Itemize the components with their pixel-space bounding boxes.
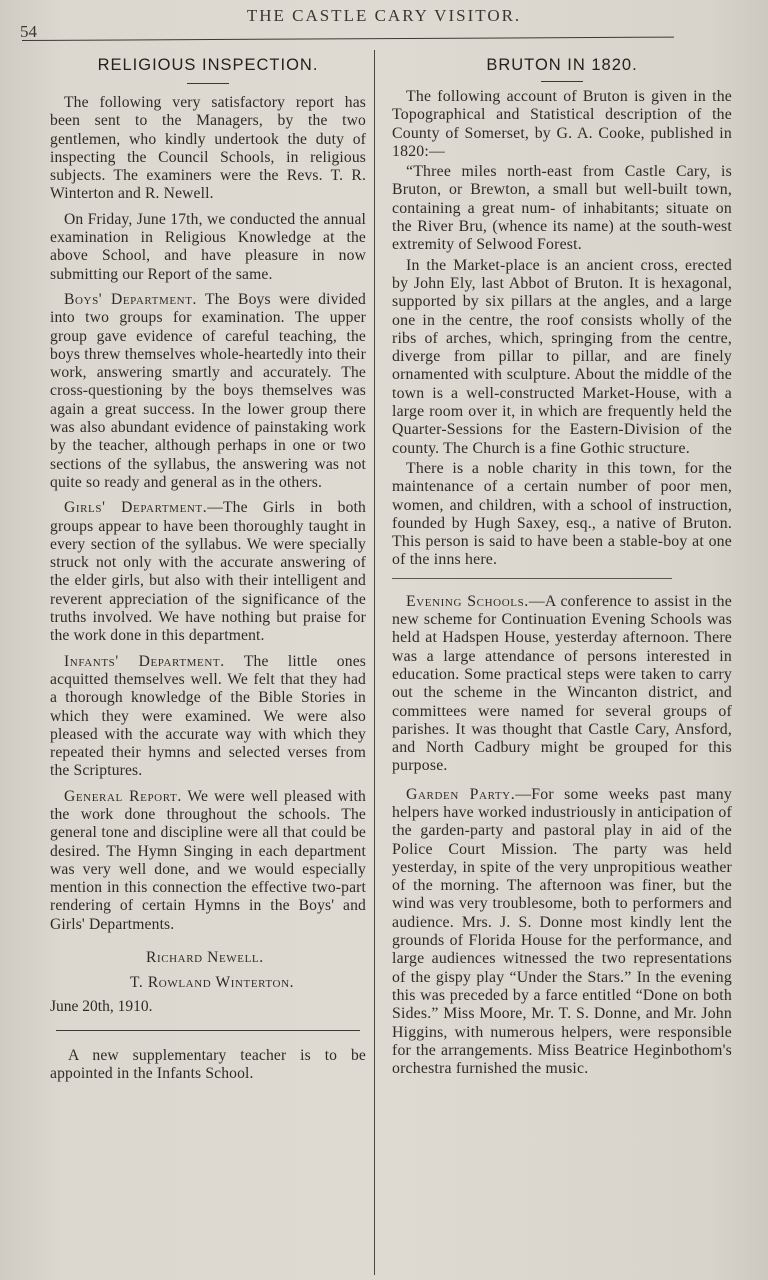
paragraph-report-intro: On Friday, June 17th, we conducted the a… — [50, 211, 366, 284]
section-text-evening: —A conference to assist in the new schem… — [392, 593, 732, 775]
paragraph-evening-schools: Evening Schools.—A conference to assist … — [392, 593, 732, 776]
report-date: June 20th, 1910. — [50, 998, 366, 1016]
section-text-girls: —The Girls in both groups appear to have… — [50, 499, 366, 644]
column-divider — [374, 50, 375, 1275]
running-head: THE CASTLE CARY VISITOR. — [0, 6, 768, 26]
section-label-evening: Evening Schools. — [406, 593, 529, 610]
heading-rule — [187, 83, 229, 84]
paragraph-infants: Infants' Department. The little ones acq… — [50, 653, 366, 781]
paragraph-quote-1: “Three miles north-east from Castle Cary… — [392, 163, 732, 254]
article-heading: BRUTON IN 1820. — [392, 56, 732, 75]
paragraph-intro: The following very satisfactory report h… — [50, 94, 366, 204]
section-label-girls: Girls' Department. — [64, 499, 207, 516]
section-label-infants: Infants' Department. — [64, 653, 225, 670]
section-text-boys: The Boys were divided into two groups fo… — [50, 291, 366, 491]
section-divider — [56, 1030, 360, 1031]
paragraph-boys: Boys' Department. The Boys were divided … — [50, 291, 366, 492]
signature-winterton: T. Rowland Winterton. — [130, 973, 366, 992]
heading-rule — [541, 81, 583, 82]
article-heading: RELIGIOUS INSPECTION. — [50, 56, 366, 75]
header-rule — [22, 37, 674, 41]
section-text-infants: The little ones acquitted themselves wel… — [50, 653, 366, 780]
paragraph-quote-2: In the Market-place is an ancient cross,… — [392, 257, 732, 458]
paragraph-general: General Report. We were well pleased wit… — [50, 788, 366, 934]
section-label-boys: Boys' Department. — [64, 291, 197, 308]
section-label-garden: Garden Party. — [406, 786, 515, 803]
paragraph-garden-party: Garden Party.—For some weeks past many h… — [392, 786, 732, 1079]
paragraph-girls: Girls' Department.—The Girls in both gro… — [50, 499, 366, 645]
signature-newell: Richard Newell. — [146, 948, 366, 967]
paragraph-intro: The following account of Bruton is given… — [392, 88, 732, 161]
paragraph-quote-3: There is a noble charity in this town, f… — [392, 460, 732, 570]
left-column: RELIGIOUS INSPECTION. The following very… — [50, 52, 366, 1091]
section-label-general: General Report. — [64, 788, 182, 805]
note-supplementary-teacher: A new supplementary teacher is to be app… — [50, 1047, 366, 1084]
section-text-general: We were well pleased with the work done … — [50, 788, 366, 933]
note-block: A new supplementary teacher is to be app… — [50, 1047, 366, 1084]
section-text-garden: —For some weeks past many helpers have w… — [392, 786, 732, 1077]
section-divider — [392, 578, 672, 579]
right-column: BRUTON IN 1820. The following account of… — [392, 52, 732, 1085]
